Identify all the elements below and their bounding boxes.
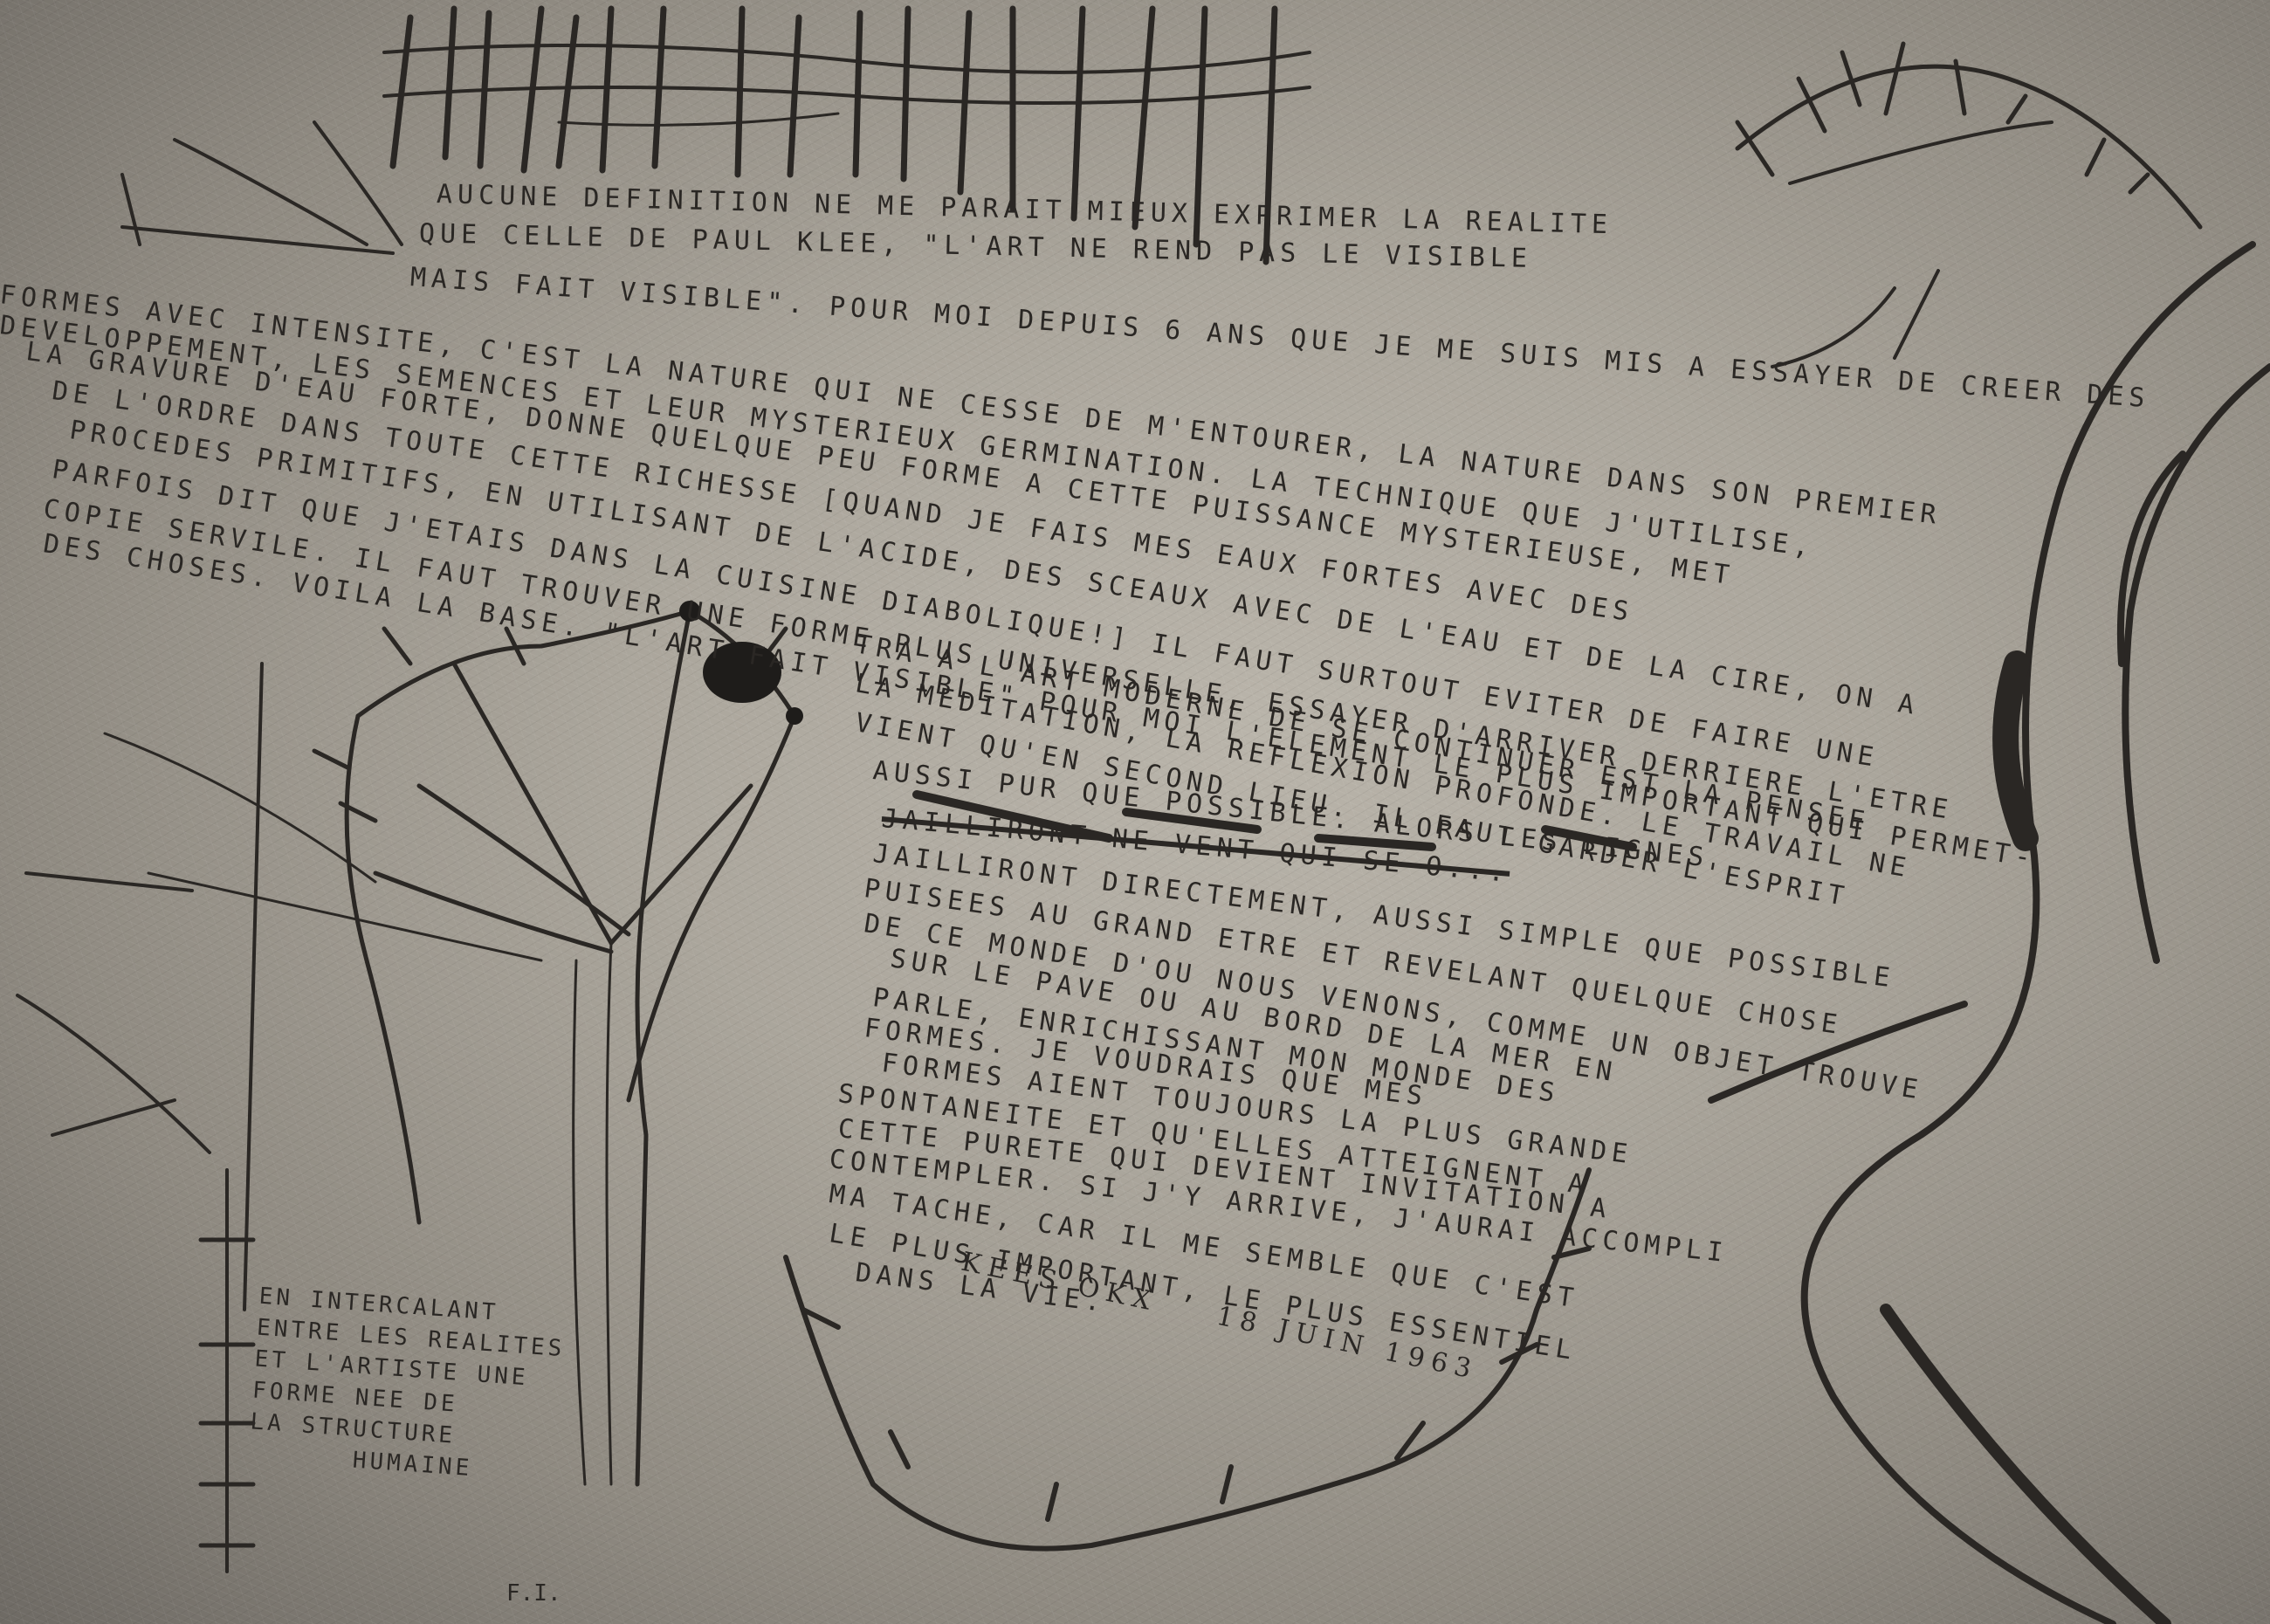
top-right-arc (1737, 44, 2200, 367)
caption-block: EN INTERCALANT ENTRE LES REALITES ET L'A… (247, 1281, 600, 1493)
plate-initials: F.I. (506, 1580, 561, 1607)
left-scattered-strokes (17, 122, 402, 1153)
right-side-form (1711, 244, 2270, 1624)
etching-plate: AUCUNE DEFINITION NE ME PARAIT MIEUX EXP… (0, 0, 2270, 1624)
